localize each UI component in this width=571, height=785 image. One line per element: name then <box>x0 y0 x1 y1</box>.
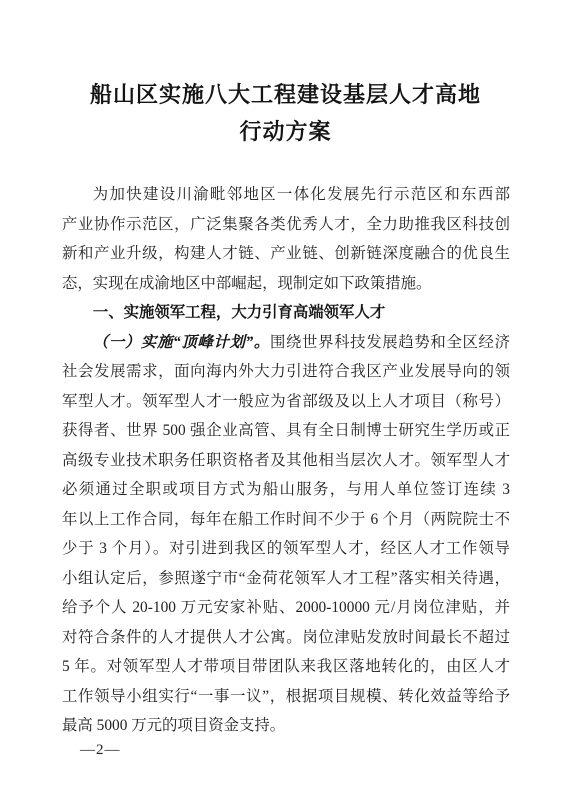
text-run-normal: 5 年。对领军型人才带项目带团队来我区落地转化的，由区人才 <box>62 658 510 675</box>
text-line: 一、实施领军工程，大力引育高端领军人才 <box>62 298 510 328</box>
text-line: 军型人才。领军型人才一般应为省部级及以上人才项目（称号） <box>62 387 510 417</box>
text-run-normal: 工作领导小组实行“一事一议”，根据项目规模、转化效益等给予 <box>62 688 510 705</box>
text-run-normal: 对符合条件的人才提供人才公寓。岗位津贴发放时间最长不超过 <box>62 629 510 646</box>
text-line: 小组认定后，参照遂宁市“金荷花领军人才工程”落实相关待遇， <box>62 564 510 594</box>
title-line-1: 船山区实施八大工程建设基层人才高地 <box>0 76 571 113</box>
text-line: 产业协作示范区，广泛集聚各类优秀人才，全力助推我区科技创 <box>62 210 510 240</box>
text-run-normal: 新和产业升级，构建人才链、产业链、创新链深度融合的优良生 <box>62 245 510 262</box>
text-line: 给予个人 20-100 万元安家补贴、2000-10000 元/月岗位津贴，并 <box>62 593 510 623</box>
text-line: 高级专业技术职务任职资格者及其他相当层次人才。领军型人才 <box>62 446 510 476</box>
text-run-normal: 获得者、世界 500 强企业高管、具有全日制博士研究生学历或正 <box>62 422 510 439</box>
text-run-normal: 必须通过全职或项目方式为船山服务，与用人单位签订连续 3 <box>62 481 510 498</box>
text-run-lead: （一）实施“顶峰计划”。 <box>93 334 270 351</box>
document-page: 船山区实施八大工程建设基层人才高地 行动方案 为加快建设川渝毗邻地区一体化发展先… <box>0 0 571 785</box>
text-line: 新和产业升级，构建人才链、产业链、创新链深度融合的优良生 <box>62 239 510 269</box>
text-line: 获得者、世界 500 强企业高管、具有全日制博士研究生学历或正 <box>62 416 510 446</box>
page-number: —2— <box>80 742 121 759</box>
text-run-normal: 高级专业技术职务任职资格者及其他相当层次人才。领军型人才 <box>62 452 510 469</box>
text-run-normal: 社会发展需求，面向海内外大力引进符合我区产业发展导向的领 <box>62 363 510 380</box>
text-line: 社会发展需求，面向海内外大力引进符合我区产业发展导向的领 <box>62 357 510 387</box>
text-run-normal: 少于 3 个月）。对引进到我区的领军型人才，经区人才工作领导 <box>62 540 510 557</box>
text-line: 年以上工作合同，每年在船工作时间不少于 6 个月（两院院士不 <box>62 505 510 535</box>
text-line: 对符合条件的人才提供人才公寓。岗位津贴发放时间最长不超过 <box>62 623 510 653</box>
text-run-normal: 最高 5000 万元的项目资金支持。 <box>62 717 285 734</box>
text-run-normal: 给予个人 20-100 万元安家补贴、2000-10000 元/月岗位津贴，并 <box>62 599 510 616</box>
document-title: 船山区实施八大工程建设基层人才高地 行动方案 <box>0 76 571 150</box>
text-run-normal: 年以上工作合同，每年在船工作时间不少于 6 个月（两院院士不 <box>62 511 510 528</box>
text-line: 少于 3 个月）。对引进到我区的领军型人才，经区人才工作领导 <box>62 534 510 564</box>
text-line: 工作领导小组实行“一事一议”，根据项目规模、转化效益等给予 <box>62 682 510 712</box>
text-run-normal: 为加快建设川渝毗邻地区一体化发展先行示范区和东西部 <box>93 186 510 203</box>
text-line: 态，实现在成渝地区中部崛起，现制定如下政策措施。 <box>62 269 510 299</box>
text-run-normal: 态，实现在成渝地区中部崛起，现制定如下政策措施。 <box>62 275 431 292</box>
text-line: 必须通过全职或项目方式为船山服务，与用人单位签订连续 3 <box>62 475 510 505</box>
text-run-heading: 一、实施领军工程，大力引育高端领军人才 <box>93 304 385 321</box>
text-run-normal: 围绕世界科技发展趋势和全区经济 <box>270 334 510 351</box>
text-line: 5 年。对领军型人才带项目带团队来我区落地转化的，由区人才 <box>62 652 510 682</box>
text-run-normal: 产业协作示范区，广泛集聚各类优秀人才，全力助推我区科技创 <box>62 216 510 233</box>
text-line: 最高 5000 万元的项目资金支持。 <box>62 711 510 741</box>
text-line: 为加快建设川渝毗邻地区一体化发展先行示范区和东西部 <box>62 180 510 210</box>
document-body: 为加快建设川渝毗邻地区一体化发展先行示范区和东西部产业协作示范区，广泛集聚各类优… <box>62 180 510 741</box>
text-run-normal: 小组认定后，参照遂宁市“金荷花领军人才工程”落实相关待遇， <box>62 570 510 587</box>
title-line-2: 行动方案 <box>0 113 571 150</box>
text-line: （一）实施“顶峰计划”。围绕世界科技发展趋势和全区经济 <box>62 328 510 358</box>
text-run-normal: 军型人才。领军型人才一般应为省部级及以上人才项目（称号） <box>62 393 510 410</box>
